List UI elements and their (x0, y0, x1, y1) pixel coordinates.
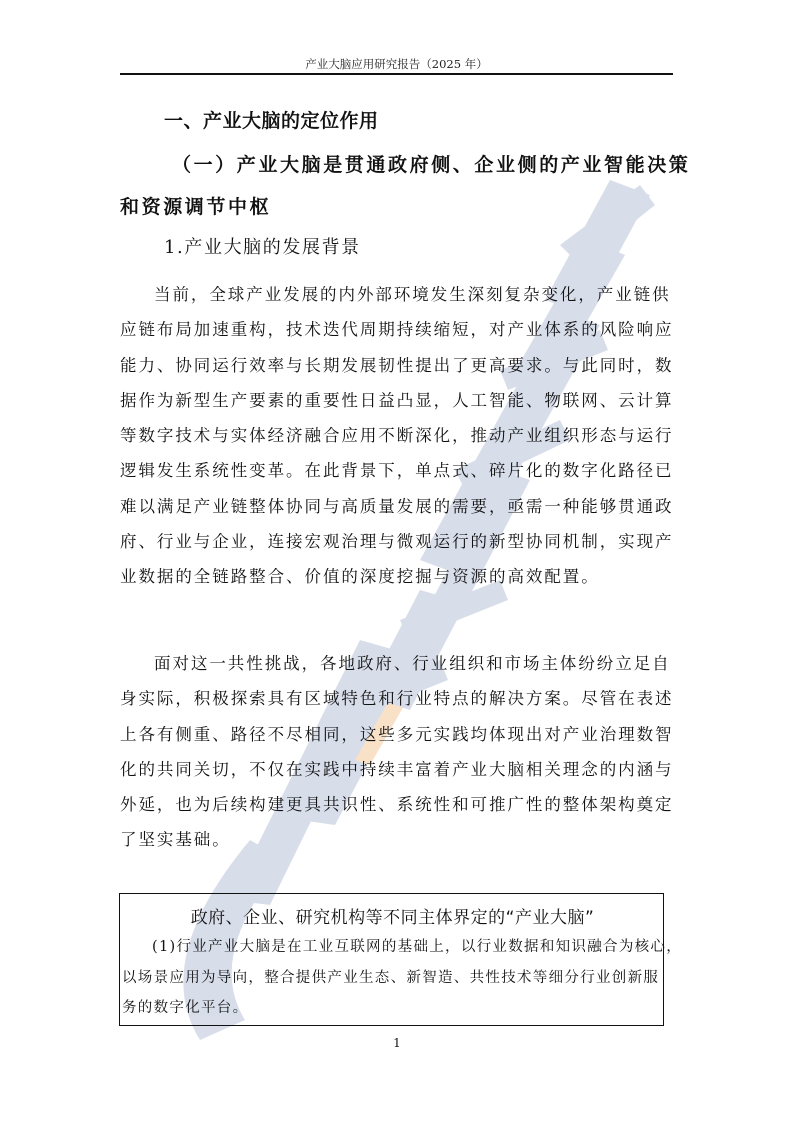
paragraph-line: 当前，全球产业发展的内外部环境发生深刻复杂变化，产业链供 (120, 277, 673, 312)
paragraph-line: 能力、协同运行效率与长期发展韧性提出了更高要求。与此同时，数 (120, 348, 673, 383)
paragraph-challenge: 面对这一共性挑战，各地政府、行业组织和市场主体纷纷立足自 身实际，积极探索具有区… (120, 646, 673, 858)
callout-body: (1)行业产业大脑是在工业互联网的基础上，以行业数据和知识融合为核心， 以场景应… (122, 932, 665, 1024)
paragraph-line: 难以满足产业链整体协同与高质量发展的需要，亟需一种能够贯通政 (120, 489, 673, 524)
callout-line: 以场景应用为导向，整合提供产业生态、新智造、共性技术等细分行业创新服 (122, 963, 665, 994)
section-heading-3: 1.产业大脑的发展背景 (164, 233, 361, 259)
page-number: 1 (0, 1036, 794, 1050)
paragraph-line: 据作为新型生产要素的重要性日益凸显，人工智能、物联网、云计算 (120, 383, 673, 418)
section-heading-2: （一）产业大脑是贯通政府侧、企业侧的产业智能决策 和资源调节中枢 (120, 144, 673, 228)
callout-line: (1)行业产业大脑是在工业互联网的基础上，以行业数据和知识融合为核心， (122, 932, 665, 963)
paragraph-line: 化的共同关切，不仅在实践中持续丰富着产业大脑相关理念的内涵与 (120, 752, 673, 787)
heading-2-line-2: 和资源调节中枢 (120, 186, 673, 228)
paragraph-line: 应链布局加速重构，技术迭代周期持续缩短，对产业体系的风险响应 (120, 312, 673, 347)
paragraph-line: 上各有侧重、路径不尽相同，这些多元实践均体现出对产业治理数智 (120, 717, 673, 752)
heading-2-line-1: （一）产业大脑是贯通政府侧、企业侧的产业智能决策 (120, 144, 673, 186)
paragraph-line: 外延，也为后续构建更具共识性、系统性和可推广性的整体架构奠定 (120, 787, 673, 822)
paragraph-line: 逻辑发生系统性变革。在此背景下，单点式、碎片化的数字化路径已 (120, 453, 673, 488)
paragraph-line: 府、行业与企业，连接宏观治理与微观运行的新型协同机制，实现产 (120, 524, 673, 559)
paragraph-line: 业数据的全链路整合、价值的深度挖掘与资源的高效配置。 (120, 559, 673, 594)
paragraph-line: 了坚实基础。 (120, 822, 673, 857)
paragraph-line: 等数字技术与实体经济融合应用不断深化，推动产业组织形态与运行 (120, 418, 673, 453)
callout-title: 政府、企业、研究机构等不同主体界定的“产业大脑” (120, 903, 665, 928)
running-header: 产业大脑应用研究报告（2025 年） (120, 56, 673, 72)
paragraph-background: 当前，全球产业发展的内外部环境发生深刻复杂变化，产业链供 应链布局加速重构，技术… (120, 277, 673, 595)
header-divider (120, 73, 673, 75)
callout-line: 务的数字化平台。 (122, 993, 665, 1024)
paragraph-line: 面对这一共性挑战，各地政府、行业组织和市场主体纷纷立足自 (120, 646, 673, 681)
document-page: 产业大脑应用研究报告（2025 年） 一、产业大脑的定位作用 （一）产业大脑是贯… (0, 0, 794, 1123)
paragraph-line: 身实际，积极探索具有区域特色和行业特点的解决方案。尽管在表述 (120, 681, 673, 716)
section-heading-1: 一、产业大脑的定位作用 (164, 106, 379, 133)
definition-callout-box: 政府、企业、研究机构等不同主体界定的“产业大脑” (1)行业产业大脑是在工业互联… (119, 893, 664, 1026)
